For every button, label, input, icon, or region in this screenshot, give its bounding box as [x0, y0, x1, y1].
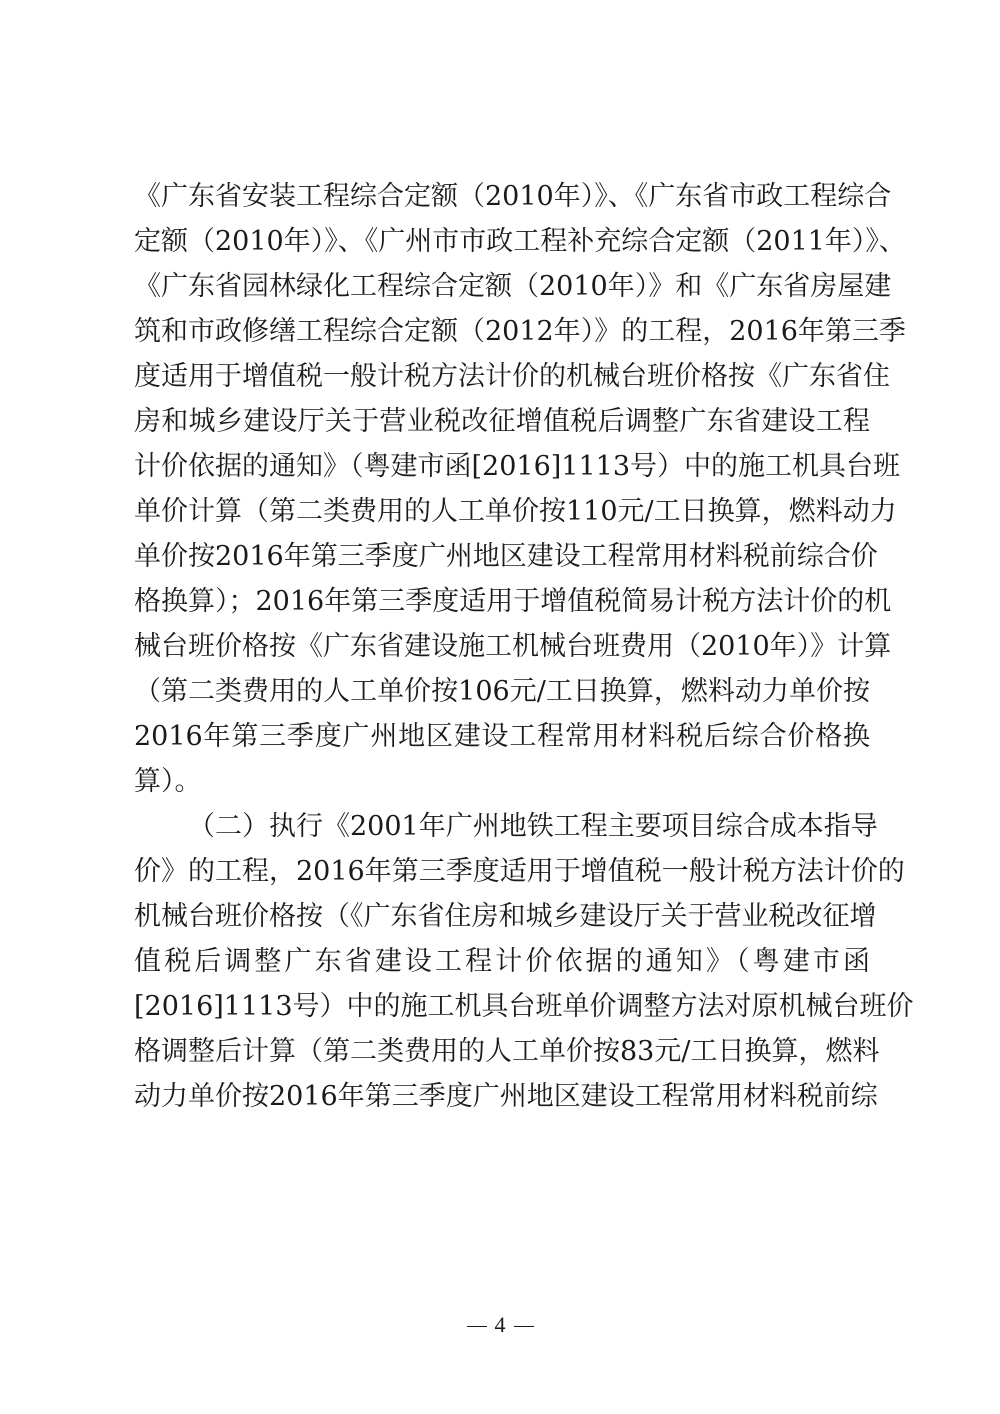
text-line: 《广东省安装工程综合定额（2010年）》、《广东省市政工程综合 [134, 174, 870, 219]
body-text: 《广东省安装工程综合定额（2010年）》、《广东省市政工程综合 定额（2010年… [134, 174, 870, 1119]
paragraph-continued: 《广东省安装工程综合定额（2010年）》、《广东省市政工程综合 定额（2010年… [134, 174, 870, 804]
text-line: 格换算）；2016年第三季度适用于增值税简易计税方法计价的机 [134, 579, 870, 624]
text-line: 计价依据的通知》（粤建市函[2016]1113号）中的施工机具台班 [134, 444, 870, 489]
paragraph-section-2: （二）执行《2001年广州地铁工程主要项目综合成本指导 价》的工程，2016年第… [134, 804, 870, 1119]
text-line: 动力单价按2016年第三季度广州地区建设工程常用材料税前综 [134, 1074, 870, 1119]
text-line: [2016]1113号）中的施工机具台班单价调整方法对原机械台班价 [134, 984, 870, 1029]
text-line: 值税后调整广东省建设工程计价依据的通知》（粤建市函 [134, 939, 870, 984]
text-line: 价》的工程，2016年第三季度适用于增值税一般计税方法计价的 [134, 849, 870, 894]
section-heading-line: （二）执行《2001年广州地铁工程主要项目综合成本指导 [134, 804, 870, 849]
text-line: 2016年第三季度广州地区建设工程常用材料税后综合价格换 [134, 714, 870, 759]
text-line: 筑和市政修缮工程综合定额（2012年）》的工程，2016年第三季 [134, 309, 870, 354]
text-line: 机械台班价格按（《广东省住房和城乡建设厅关于营业税改征增 [134, 894, 870, 939]
dash-left [467, 1326, 487, 1327]
page-footer: 4 [0, 1310, 1000, 1340]
text-line: 格调整后计算（第二类费用的人工单价按83元/工日换算，燃料 [134, 1029, 870, 1074]
text-line: 定额（2010年）》、《广州市市政工程补充综合定额（2011年）》、 [134, 219, 870, 264]
text-line: 度适用于增值税一般计税方法计价的机械台班价格按《广东省住 [134, 354, 870, 399]
document-page: 《广东省安装工程综合定额（2010年）》、《广东省市政工程综合 定额（2010年… [0, 0, 1000, 1414]
page-number: 4 [495, 1312, 506, 1337]
text-line: 单价按2016年第三季度广州地区建设工程常用材料税前综合价 [134, 534, 870, 579]
dash-right [514, 1326, 534, 1327]
text-line: 单价计算（第二类费用的人工单价按110元/工日换算，燃料动力 [134, 489, 870, 534]
text-line: （第二类费用的人工单价按106元/工日换算，燃料动力单价按 [134, 669, 870, 714]
text-line: 械台班价格按《广东省建设施工机械台班费用（2010年）》计算 [134, 624, 870, 669]
text-line: 房和城乡建设厅关于营业税改征增值税后调整广东省建设工程 [134, 399, 870, 444]
text-line: 算）。 [134, 759, 870, 804]
text-line: 《广东省园林绿化工程综合定额（2010年）》和《广东省房屋建 [134, 264, 870, 309]
